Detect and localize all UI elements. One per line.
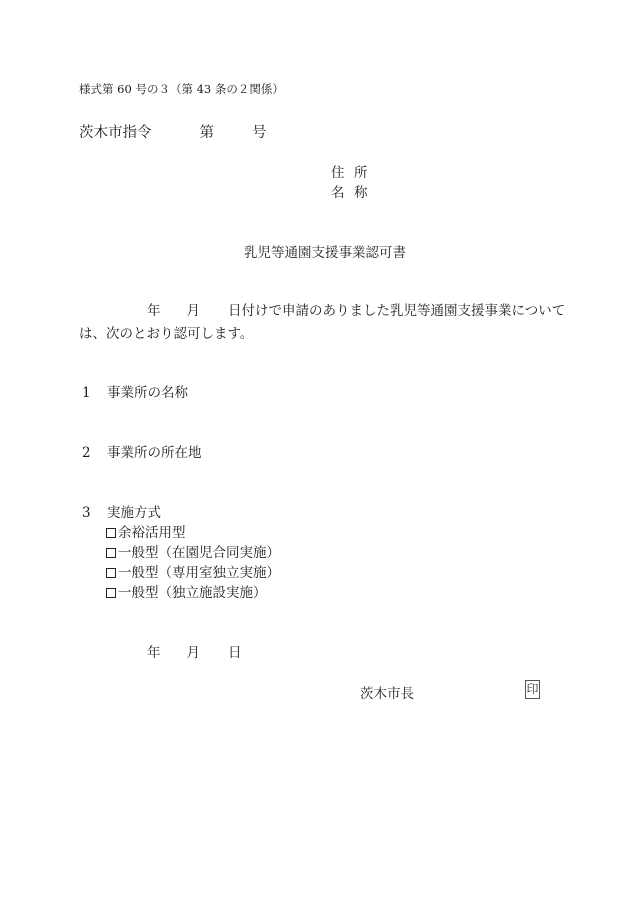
option-surplus-utilization[interactable]: 余裕活用型 — [106, 521, 186, 541]
checkbox-icon[interactable] — [106, 588, 116, 598]
body-day-text: 日付けで申請のありました乳児等通園支援事業について — [228, 303, 565, 319]
order-number-line: 茨木市指令第号 — [79, 121, 267, 142]
seal-stamp-icon: 印 — [525, 680, 540, 699]
checkbox-icon[interactable] — [106, 548, 116, 558]
option-general-joint[interactable]: 一般型（在園児合同実施） — [106, 541, 280, 561]
body-paragraph: 年月日付けで申請のありました乳児等通園支援事業について は、次のとおり認可します… — [79, 300, 574, 346]
addressee-name-label: 名称 — [331, 181, 368, 201]
option-general-independent-facility[interactable]: 一般型（独立施設実施） — [106, 581, 267, 601]
addressee-address-label: 住所 — [331, 161, 368, 181]
item-implementation-method: 3実施方式 — [82, 501, 161, 521]
item-facility-name: 1事業所の名称 — [82, 381, 188, 401]
item-facility-address: 2事業所の所在地 — [82, 441, 202, 461]
checkbox-icon[interactable] — [106, 568, 116, 578]
signatory: 茨木市長 — [360, 682, 414, 702]
document-page: 様式第 60 号の３（第 43 条の２関係） 茨木市指令第号 住所 名称 乳児等… — [0, 0, 630, 903]
form-number: 様式第 60 号の３（第 43 条の２関係） — [79, 81, 284, 97]
body-month: 月 — [187, 303, 201, 319]
order-dai: 第 — [200, 121, 215, 142]
body-line-2: は、次のとおり認可します。 — [79, 326, 253, 342]
issue-date: 年月日 — [147, 641, 242, 661]
body-year: 年 — [79, 303, 161, 319]
order-prefix: 茨木市指令 — [79, 121, 152, 142]
checkbox-icon[interactable] — [106, 528, 116, 538]
document-title: 乳児等通園支援事業認可書 — [244, 241, 406, 261]
option-general-dedicated-room[interactable]: 一般型（専用室独立実施） — [106, 561, 280, 581]
order-go: 号 — [252, 121, 267, 142]
